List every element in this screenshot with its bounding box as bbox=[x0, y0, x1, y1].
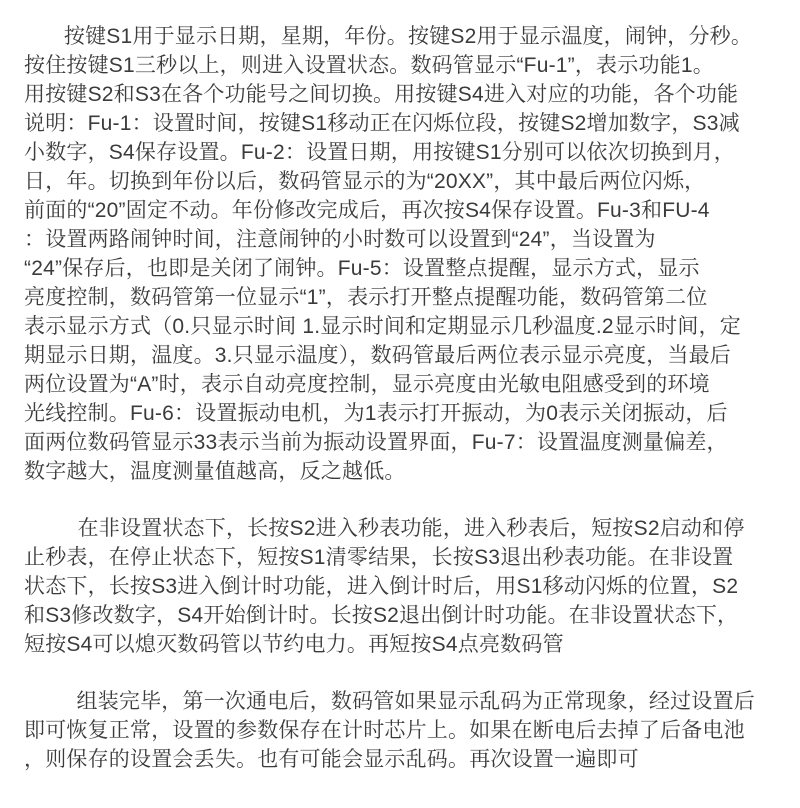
text-line: 按住按键S1三秒以上，则进入设置状态。数码管显示“Fu-1”，表示功能1。 bbox=[24, 51, 776, 80]
text-line: 亮度控制，数码管第一位显示“1”，表示打开整点提醒功能，数码管第二位 bbox=[24, 283, 776, 312]
text-line: 短按S4可以熄灭数码管以节约电力。再短按S4点亮数码管 bbox=[24, 630, 776, 659]
text-line: 面两位数码管显示33表示当前为振动设置界面，Fu-7：设置温度测量偏差， bbox=[24, 428, 776, 457]
paragraph: 按键S1用于显示日期，星期，年份。按键S2用于显示温度，闹钟，分秒。按住按键S1… bbox=[24, 22, 776, 486]
text-line: 两位设置为“A”时，表示自动亮度控制，显示亮度由光敏电阻感受到的环境 bbox=[24, 370, 776, 399]
text-line: 前面的“20”固定不动。年份修改完成后，再次按S4保存设置。Fu-3和FU-4 bbox=[24, 196, 776, 225]
text-line: 数字越大，温度测量值越高，反之越低。 bbox=[24, 457, 776, 486]
text-line: “24”保存后，也即是关闭了闹钟。Fu-5：设置整点提醒，显示方式，显示 bbox=[24, 254, 776, 283]
text-line: 表示显示方式（0.只显示时间 1.显示时间和定期显示几秒温度.2显示时间，定 bbox=[24, 312, 776, 341]
paragraph: 组装完毕，第一次通电后，数码管如果显示乱码为正常现象，经过设置后即可恢复正常，设… bbox=[24, 687, 776, 774]
text-line: 小数字，S4保存设置。Fu-2：设置日期，用按键S1分别可以依次切换到月， bbox=[24, 138, 776, 167]
text-line: 用按键S2和S3在各个功能号之间切换。用按键S4进入对应的功能，各个功能 bbox=[24, 80, 776, 109]
text-line: 和S3修改数字，S4开始倒计时。长按S2退出倒计时功能。在非设置状态下， bbox=[24, 601, 776, 630]
text-line: 止秒表，在停止状态下，短按S1清零结果，长按S3退出秒表功能。在非设置 bbox=[24, 543, 776, 572]
text-line: ：设置两路闹钟时间，注意闹钟的小时数可以设置到“24”，当设置为 bbox=[24, 225, 776, 254]
text-line: 在非设置状态下，长按S2进入秒表功能，进入秒表后，短按S2启动和停 bbox=[24, 514, 776, 543]
text-line: 按键S1用于显示日期，星期，年份。按键S2用于显示温度，闹钟，分秒。 bbox=[24, 22, 776, 51]
text-line: 光线控制。Fu-6：设置振动电机，为1表示打开振动，为0表示关闭振动，后 bbox=[24, 399, 776, 428]
text-line: 组装完毕，第一次通电后，数码管如果显示乱码为正常现象，经过设置后 bbox=[24, 687, 776, 716]
text-line: 期显示日期，温度。3.只显示温度），数码管最后两位表示显示亮度，当最后 bbox=[24, 341, 776, 370]
text-line: 说明：Fu-1：设置时间，按键S1移动正在闪烁位段，按键S2增加数字，S3减 bbox=[24, 109, 776, 138]
text-line: ，则保存的设置会丢失。也有可能会显示乱码。再次设置一遍即可 bbox=[24, 745, 776, 774]
text-line: 即可恢复正常，设置的参数保存在计时芯片上。如果在断电后去掉了后备电池 bbox=[24, 716, 776, 745]
text-line: 状态下，长按S3进入倒计时功能，进入倒计时后，用S1移动闪烁的位置，S2 bbox=[24, 572, 776, 601]
document-body: 按键S1用于显示日期，星期，年份。按键S2用于显示温度，闹钟，分秒。按住按键S1… bbox=[24, 22, 776, 774]
paragraph: 在非设置状态下，长按S2进入秒表功能，进入秒表后，短按S2启动和停止秒表，在停止… bbox=[24, 514, 776, 659]
text-line: 日，年。切换到年份以后，数码管显示的为“20XX”，其中最后两位闪烁， bbox=[24, 167, 776, 196]
instruction-document: 按键S1用于显示日期，星期，年份。按键S2用于显示温度，闹钟，分秒。按住按键S1… bbox=[0, 0, 800, 808]
